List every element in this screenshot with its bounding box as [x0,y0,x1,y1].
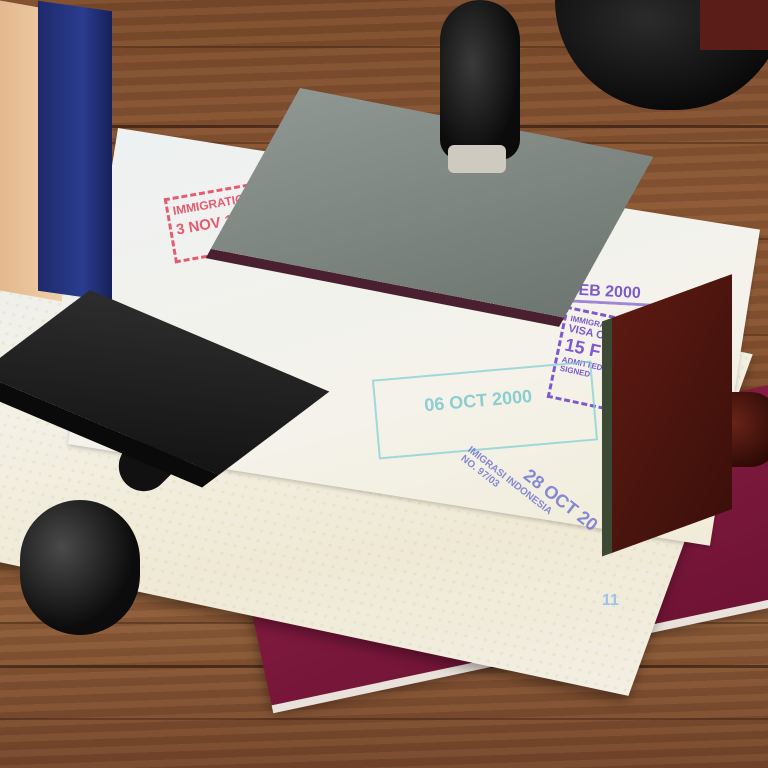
photo-scene: PASPOORT - PA SS IMMIGRATION DELHI W-2 3… [0,0,768,768]
page-number: 11 [602,592,619,610]
brown-stamp-block [612,274,732,553]
ink-jar-lid [700,0,768,50]
blue-stamp-face [38,1,112,301]
stamp-date: 06 OCT 2000 [423,386,532,415]
stamp-handle-collar [448,145,506,173]
black-stamp-knob [20,500,140,635]
black-stamp-handle [440,0,520,160]
